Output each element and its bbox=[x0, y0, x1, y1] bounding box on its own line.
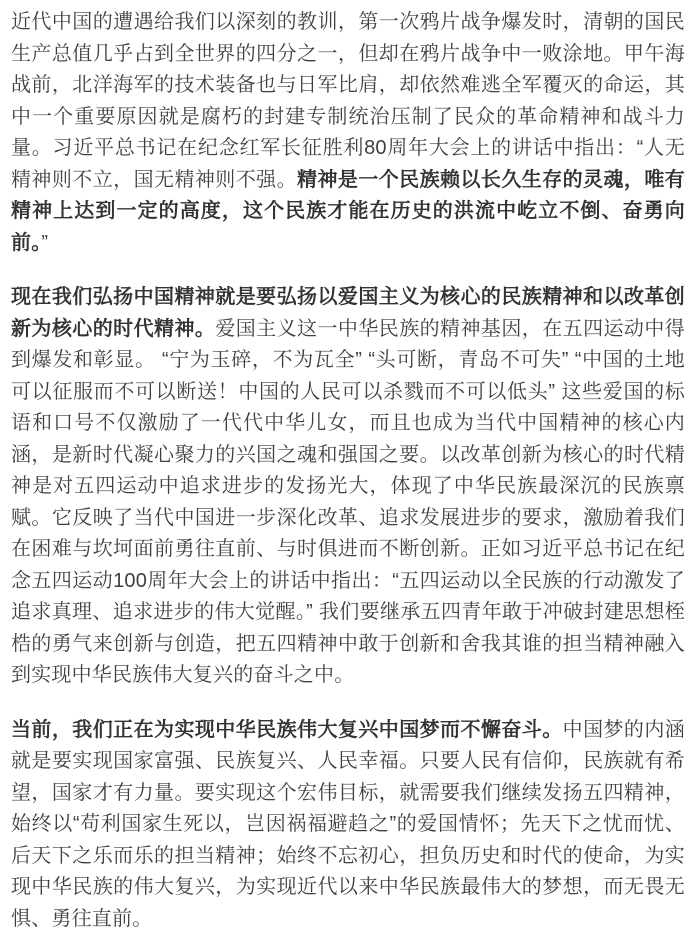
paragraph-chinese-spirit: 现在我们弘扬中国精神就是要弘扬以爱国主义为核心的民族精神和以改革创新为核心的时代… bbox=[11, 282, 685, 692]
paragraph-1-lead-text: 近代中国的遭遇给我们以深刻的教训，第一次鸦片战争爆发时，清朝的国民生产总值几乎占… bbox=[11, 11, 685, 191]
paragraph-2-body-text: 爱国主义这一中华民族的精神基因，在五四运动中得到爆发和彰显。 “宁为玉碎，不为瓦… bbox=[11, 318, 685, 687]
paragraph-3-emphasis-text: 当前，我们正在为实现中华民族伟大复兴中国梦而不懈奋斗。 bbox=[11, 719, 563, 741]
paragraph-historical-lesson: 近代中国的遭遇给我们以深刻的教训，第一次鸦片战争爆发时，清朝的国民生产总值几乎占… bbox=[11, 7, 685, 259]
paragraph-3-body-text: 中国梦的内涵就是要实现国家富强、民族复兴、人民幸福。只要人民有信仰，民族就有希望… bbox=[11, 719, 685, 930]
paragraph-chinese-dream: 当前，我们正在为实现中华民族伟大复兴中国梦而不懈奋斗。中国梦的内涵就是要实现国家… bbox=[11, 715, 685, 936]
paragraph-1-closing-quote: ” bbox=[41, 232, 48, 254]
article-body: 近代中国的遭遇给我们以深刻的教训，第一次鸦片战争爆发时，清朝的国民生产总值几乎占… bbox=[0, 0, 695, 947]
